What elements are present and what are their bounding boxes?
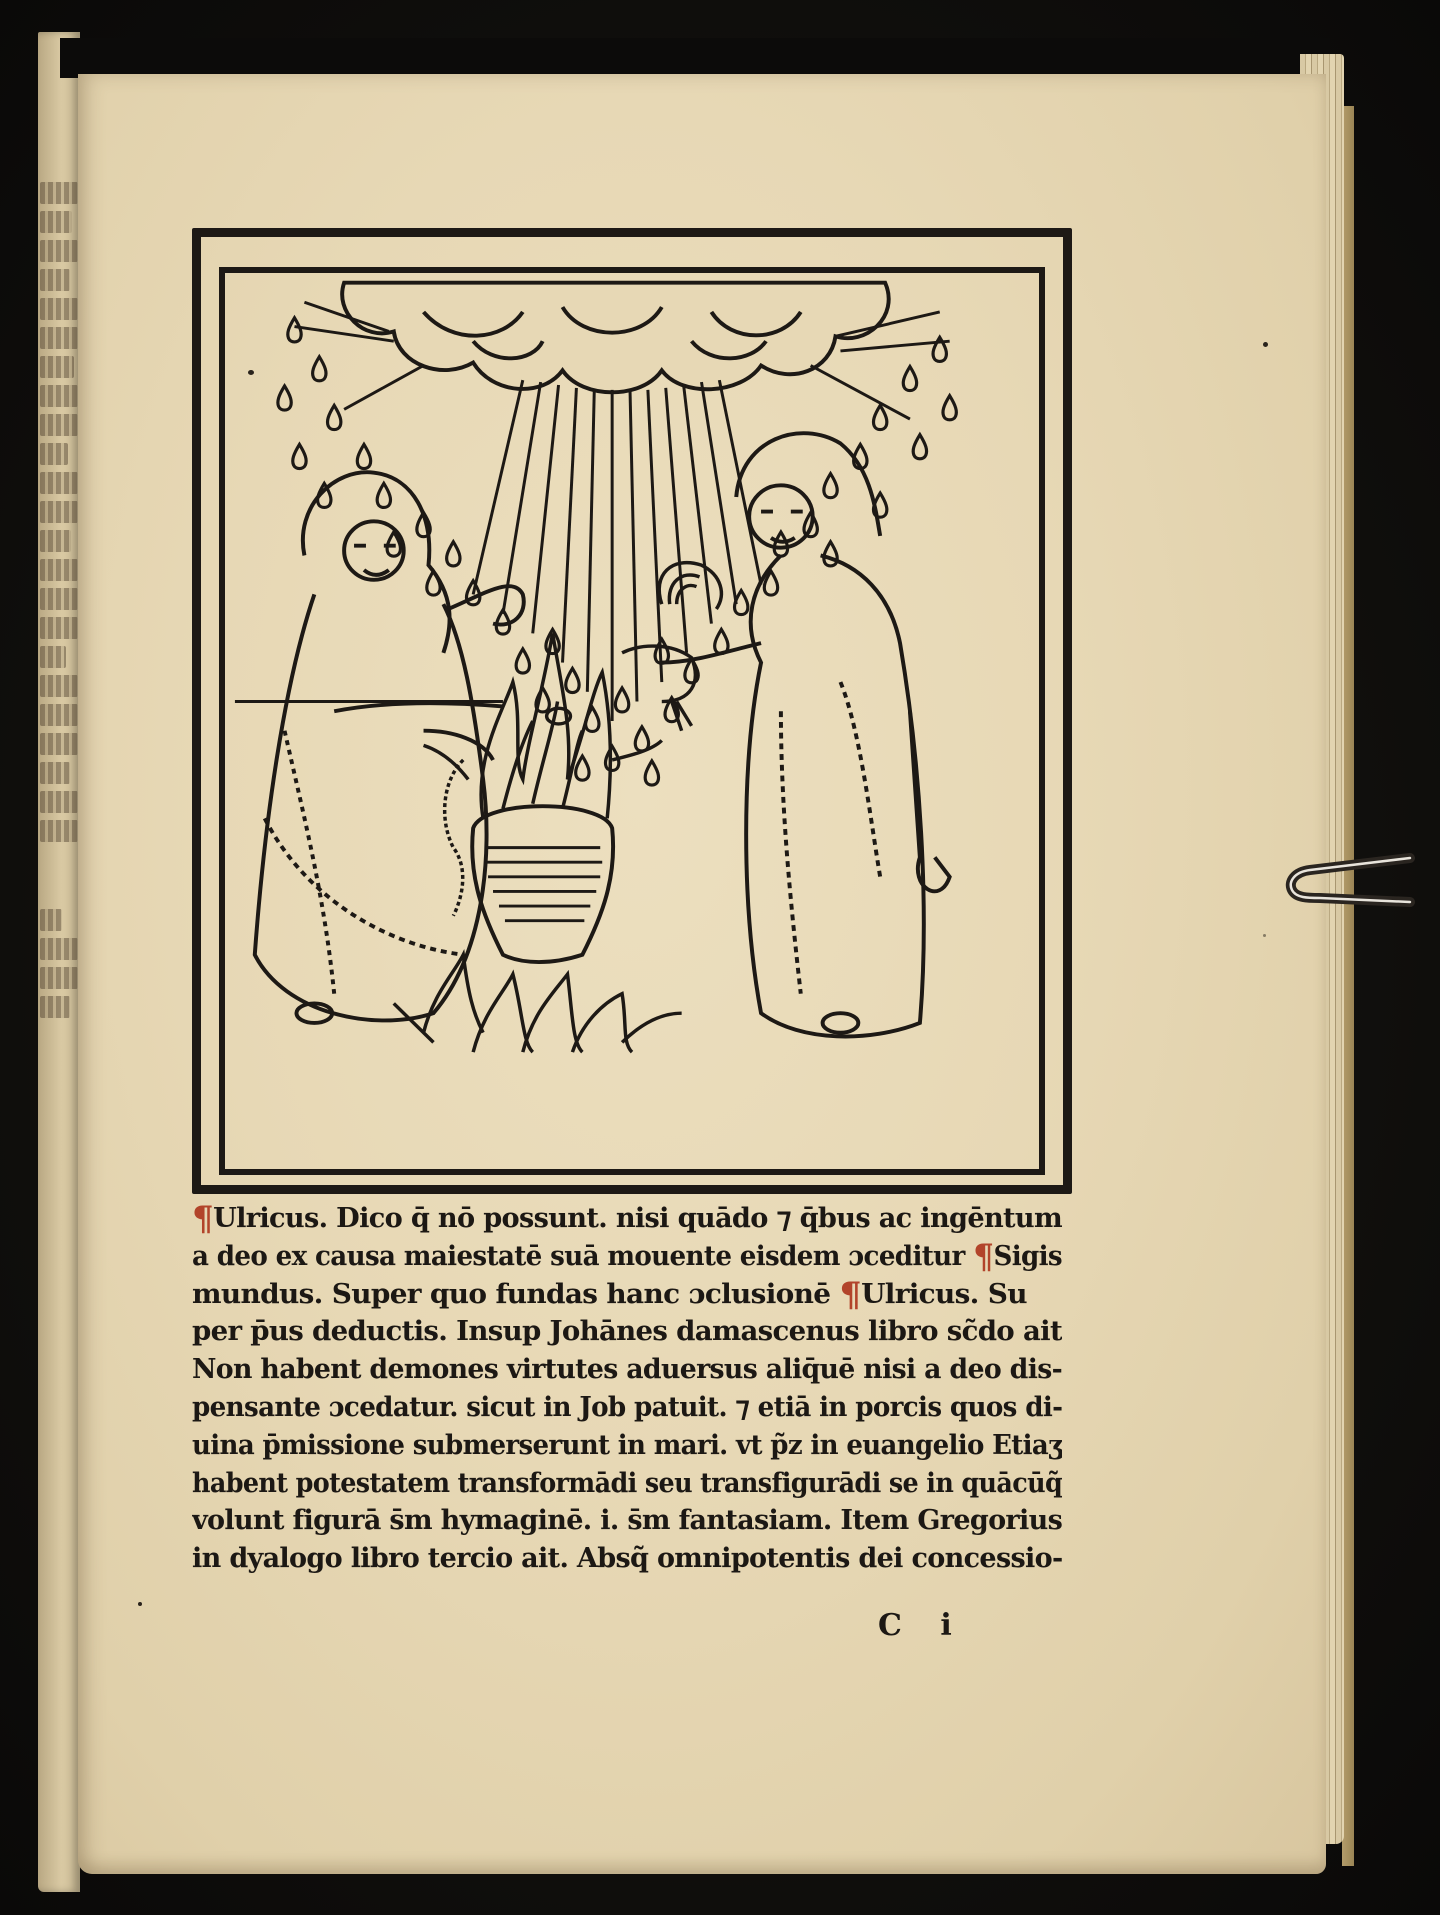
ghost-line [40, 240, 78, 262]
line-text: Ulricus. Dico q̄ nō possunt. nisi quādo … [213, 1203, 1062, 1234]
text-line-7: uina p̄missione submerserunt in mari. vt… [192, 1427, 1062, 1465]
line-text: mundus. Super quo fundas hanc ɔclusionē [192, 1279, 830, 1310]
woodcut-frame [219, 267, 1045, 1175]
text-line-10: in dyalogo libro tercio ait. Absq̃ omnip… [192, 1540, 1062, 1578]
text-line-2: a deo ex causa maiestatē suā mouente eis… [192, 1238, 1062, 1276]
ghost-line [40, 414, 78, 436]
ghost-line [40, 733, 78, 755]
line-text: Non habent demones virtutes aduersus ali… [192, 1354, 1062, 1385]
ghost-line [40, 211, 72, 233]
line-text: pensante ɔcedatur. sicut in Job patuit. … [192, 1392, 1062, 1423]
text-line-5: Non habent demones virtutes aduersus ali… [192, 1351, 1062, 1389]
paper-speck [138, 1602, 142, 1606]
rubric-pilcrow: ¶ [839, 1276, 861, 1314]
ghost-line [40, 820, 78, 842]
ground-fire-icon [394, 955, 682, 1052]
ghost-line [40, 996, 70, 1018]
ghost-line [40, 967, 78, 989]
ghost-line [40, 269, 70, 291]
line-text-end: Ulricus. Su [861, 1279, 1027, 1310]
facing-page-edge [38, 32, 80, 1892]
ghost-line [40, 298, 78, 320]
book-cover-top-edge [60, 38, 1330, 78]
ghost-line [40, 356, 74, 378]
ghost-line [40, 559, 78, 581]
snake-icon [445, 708, 571, 915]
line-text: a deo ex causa maiestatē suā mouente eis… [192, 1241, 965, 1272]
woodcut-illustration [192, 228, 1072, 1194]
woodcut-image [225, 273, 1039, 1169]
ghost-line [40, 530, 71, 552]
facing-page-text-fragments [40, 182, 78, 1018]
paper-speck [1263, 934, 1266, 937]
text-line-6: pensante ɔcedatur. sicut in Job patuit. … [192, 1389, 1062, 1427]
text-line-4: per p̄us deductis. Insup Johānes damasce… [192, 1313, 1062, 1351]
text-line-9: volunt figurā s̄m hymaginē. i. s̄m fanta… [192, 1502, 1062, 1540]
rubric-pilcrow: ¶ [973, 1238, 993, 1276]
ghost-line [40, 646, 66, 668]
line-text: per p̄us deductis. Insup Johānes damasce… [192, 1316, 1062, 1347]
bookmark-clip-icon [1280, 852, 1415, 912]
text-line-3: mundus. Super quo fundas hanc ɔclusionē … [192, 1276, 1027, 1314]
ghost-line [40, 385, 78, 407]
ghost-line [40, 443, 68, 465]
line-text: in dyalogo libro tercio ait. Absq̃ omnip… [192, 1543, 1062, 1574]
signature-mark: C i [878, 1608, 966, 1643]
ghost-line [40, 327, 78, 349]
ghost-line [40, 588, 78, 610]
fire-icon [424, 633, 662, 818]
storm-cloud-icon [342, 283, 889, 393]
ghost-line [40, 909, 62, 931]
text-line-1: ¶Ulricus. Dico q̄ nō possunt. nisi quādo… [192, 1200, 1062, 1238]
body-text: ¶Ulricus. Dico q̄ nō possunt. nisi quādo… [192, 1200, 1062, 1578]
line-text: habent potestatem transformādi seu trans… [192, 1468, 1062, 1499]
rubric-pilcrow: ¶ [192, 1200, 213, 1238]
ghost-line [40, 704, 78, 726]
ghost-line [40, 617, 78, 639]
ghost-line [40, 675, 78, 697]
line-text: volunt figurā s̄m hymaginē. i. s̄m fanta… [192, 1505, 1062, 1536]
paper-speck [1263, 342, 1268, 347]
ghost-line [40, 762, 70, 784]
ghost-line [40, 182, 78, 204]
ghost-line [40, 501, 78, 523]
text-line-8: habent potestatem transformādi seu trans… [192, 1465, 1062, 1503]
line-text-end: Sigis [993, 1241, 1062, 1272]
cauldron-icon [472, 806, 613, 962]
ghost-line [40, 472, 78, 494]
ghost-line [40, 938, 78, 960]
line-text: uina p̄missione submerserunt in mari. vt… [192, 1430, 1062, 1461]
ghost-line [40, 791, 78, 813]
